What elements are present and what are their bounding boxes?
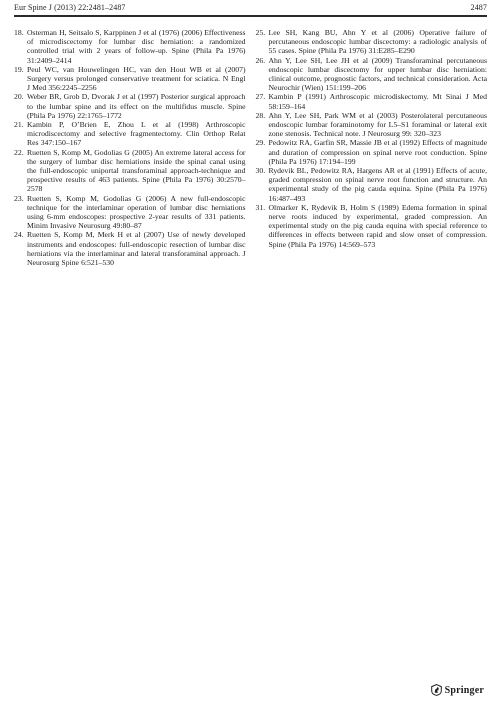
reference-text: Ahn Y, Lee SH, Lee JH et al (2009) Trans… — [269, 56, 488, 93]
reference-number: 31. — [256, 203, 269, 249]
reference-entry: 23. Ruetten S, Komp M, Godolias G (2006)… — [14, 194, 246, 231]
reference-entry: 25. Lee SH, Kang BU, Ahn Y et al (2006) … — [256, 28, 488, 56]
reference-entry: 22. Ruetten S, Komp M, Godolias G (2005)… — [14, 148, 246, 194]
reference-text: Weber BR, Grob D, Dvorak J et al (1997) … — [27, 92, 246, 120]
reference-number: 29. — [256, 138, 269, 166]
reference-text: Peul WC, van Houwelingen HC, van den Hou… — [27, 65, 246, 93]
reference-text: Pedowitz RA, Garfin SR, Massie JB et al … — [269, 138, 488, 166]
reference-text: Ruetten S, Komp M, Merk H et al (2007) U… — [27, 230, 246, 267]
reference-text: Olmarker K, Rydevik B, Holm S (1989) Ede… — [269, 203, 488, 249]
references-section: 18. Osterman H, Seitsalo S, Karppinen J … — [14, 28, 487, 267]
reference-number: 26. — [256, 56, 269, 93]
reference-number: 25. — [256, 28, 269, 56]
reference-number: 20. — [14, 92, 27, 120]
journal-citation: Eur Spine J (2013) 22:2481–2487 — [14, 3, 126, 12]
journal-page: Eur Spine J (2013) 22:2481–2487 2487 18.… — [0, 0, 500, 705]
reference-number: 22. — [14, 148, 27, 194]
reference-entry: 31. Olmarker K, Rydevik B, Holm S (1989)… — [256, 203, 488, 249]
references-left-column: 18. Osterman H, Seitsalo S, Karppinen J … — [14, 28, 246, 267]
reference-text: Ruetten S, Komp M, Godolias G (2006) A n… — [27, 194, 246, 231]
publisher-name: Springer — [445, 685, 484, 696]
reference-number: 21. — [14, 120, 27, 148]
reference-text: Osterman H, Seitsalo S, Karppinen J et a… — [27, 28, 246, 65]
reference-entry: 24. Ruetten S, Komp M, Merk H et al (200… — [14, 230, 246, 267]
reference-entry: 29. Pedowitz RA, Garfin SR, Massie JB et… — [256, 138, 488, 166]
reference-entry: 30. Rydevik BL, Pedowitz RA, Hargens AR … — [256, 166, 488, 203]
springer-shield-horse-icon — [431, 684, 442, 696]
reference-number: 24. — [14, 230, 27, 267]
reference-text: Kambin P, O’Brien E, Zhou L et al (1998)… — [27, 120, 246, 148]
reference-number: 30. — [256, 166, 269, 203]
reference-number: 27. — [256, 92, 269, 110]
reference-text: Kambin P (1991) Arthroscopic microdiskec… — [269, 92, 488, 110]
reference-entry: 19. Peul WC, van Houwelingen HC, van den… — [14, 65, 246, 93]
publisher-logo: Springer — [431, 684, 484, 696]
references-right-column: 25. Lee SH, Kang BU, Ahn Y et al (2006) … — [256, 28, 488, 267]
reference-entry: 18. Osterman H, Seitsalo S, Karppinen J … — [14, 28, 246, 65]
reference-text: Rydevik BL, Pedowitz RA, Hargens AR et a… — [269, 166, 488, 203]
reference-number: 18. — [14, 28, 27, 65]
reference-entry: 26. Ahn Y, Lee SH, Lee JH et al (2009) T… — [256, 56, 488, 93]
reference-number: 19. — [14, 65, 27, 93]
reference-number: 28. — [256, 111, 269, 139]
reference-entry: 21. Kambin P, O’Brien E, Zhou L et al (1… — [14, 120, 246, 148]
reference-entry: 28. Ahn Y, Lee SH, Park WM et al (2003) … — [256, 111, 488, 139]
reference-text: Ruetten S, Komp M, Godolias G (2005) An … — [27, 148, 246, 194]
header-rule — [14, 15, 487, 17]
running-head: Eur Spine J (2013) 22:2481–2487 2487 — [14, 3, 487, 12]
reference-entry: 27. Kambin P (1991) Arthroscopic microdi… — [256, 92, 488, 110]
reference-number: 23. — [14, 194, 27, 231]
page-number: 2487 — [471, 3, 487, 12]
reference-text: Lee SH, Kang BU, Ahn Y et al (2006) Oper… — [269, 28, 488, 56]
reference-text: Ahn Y, Lee SH, Park WM et al (2003) Post… — [269, 111, 488, 139]
reference-entry: 20. Weber BR, Grob D, Dvorak J et al (19… — [14, 92, 246, 120]
